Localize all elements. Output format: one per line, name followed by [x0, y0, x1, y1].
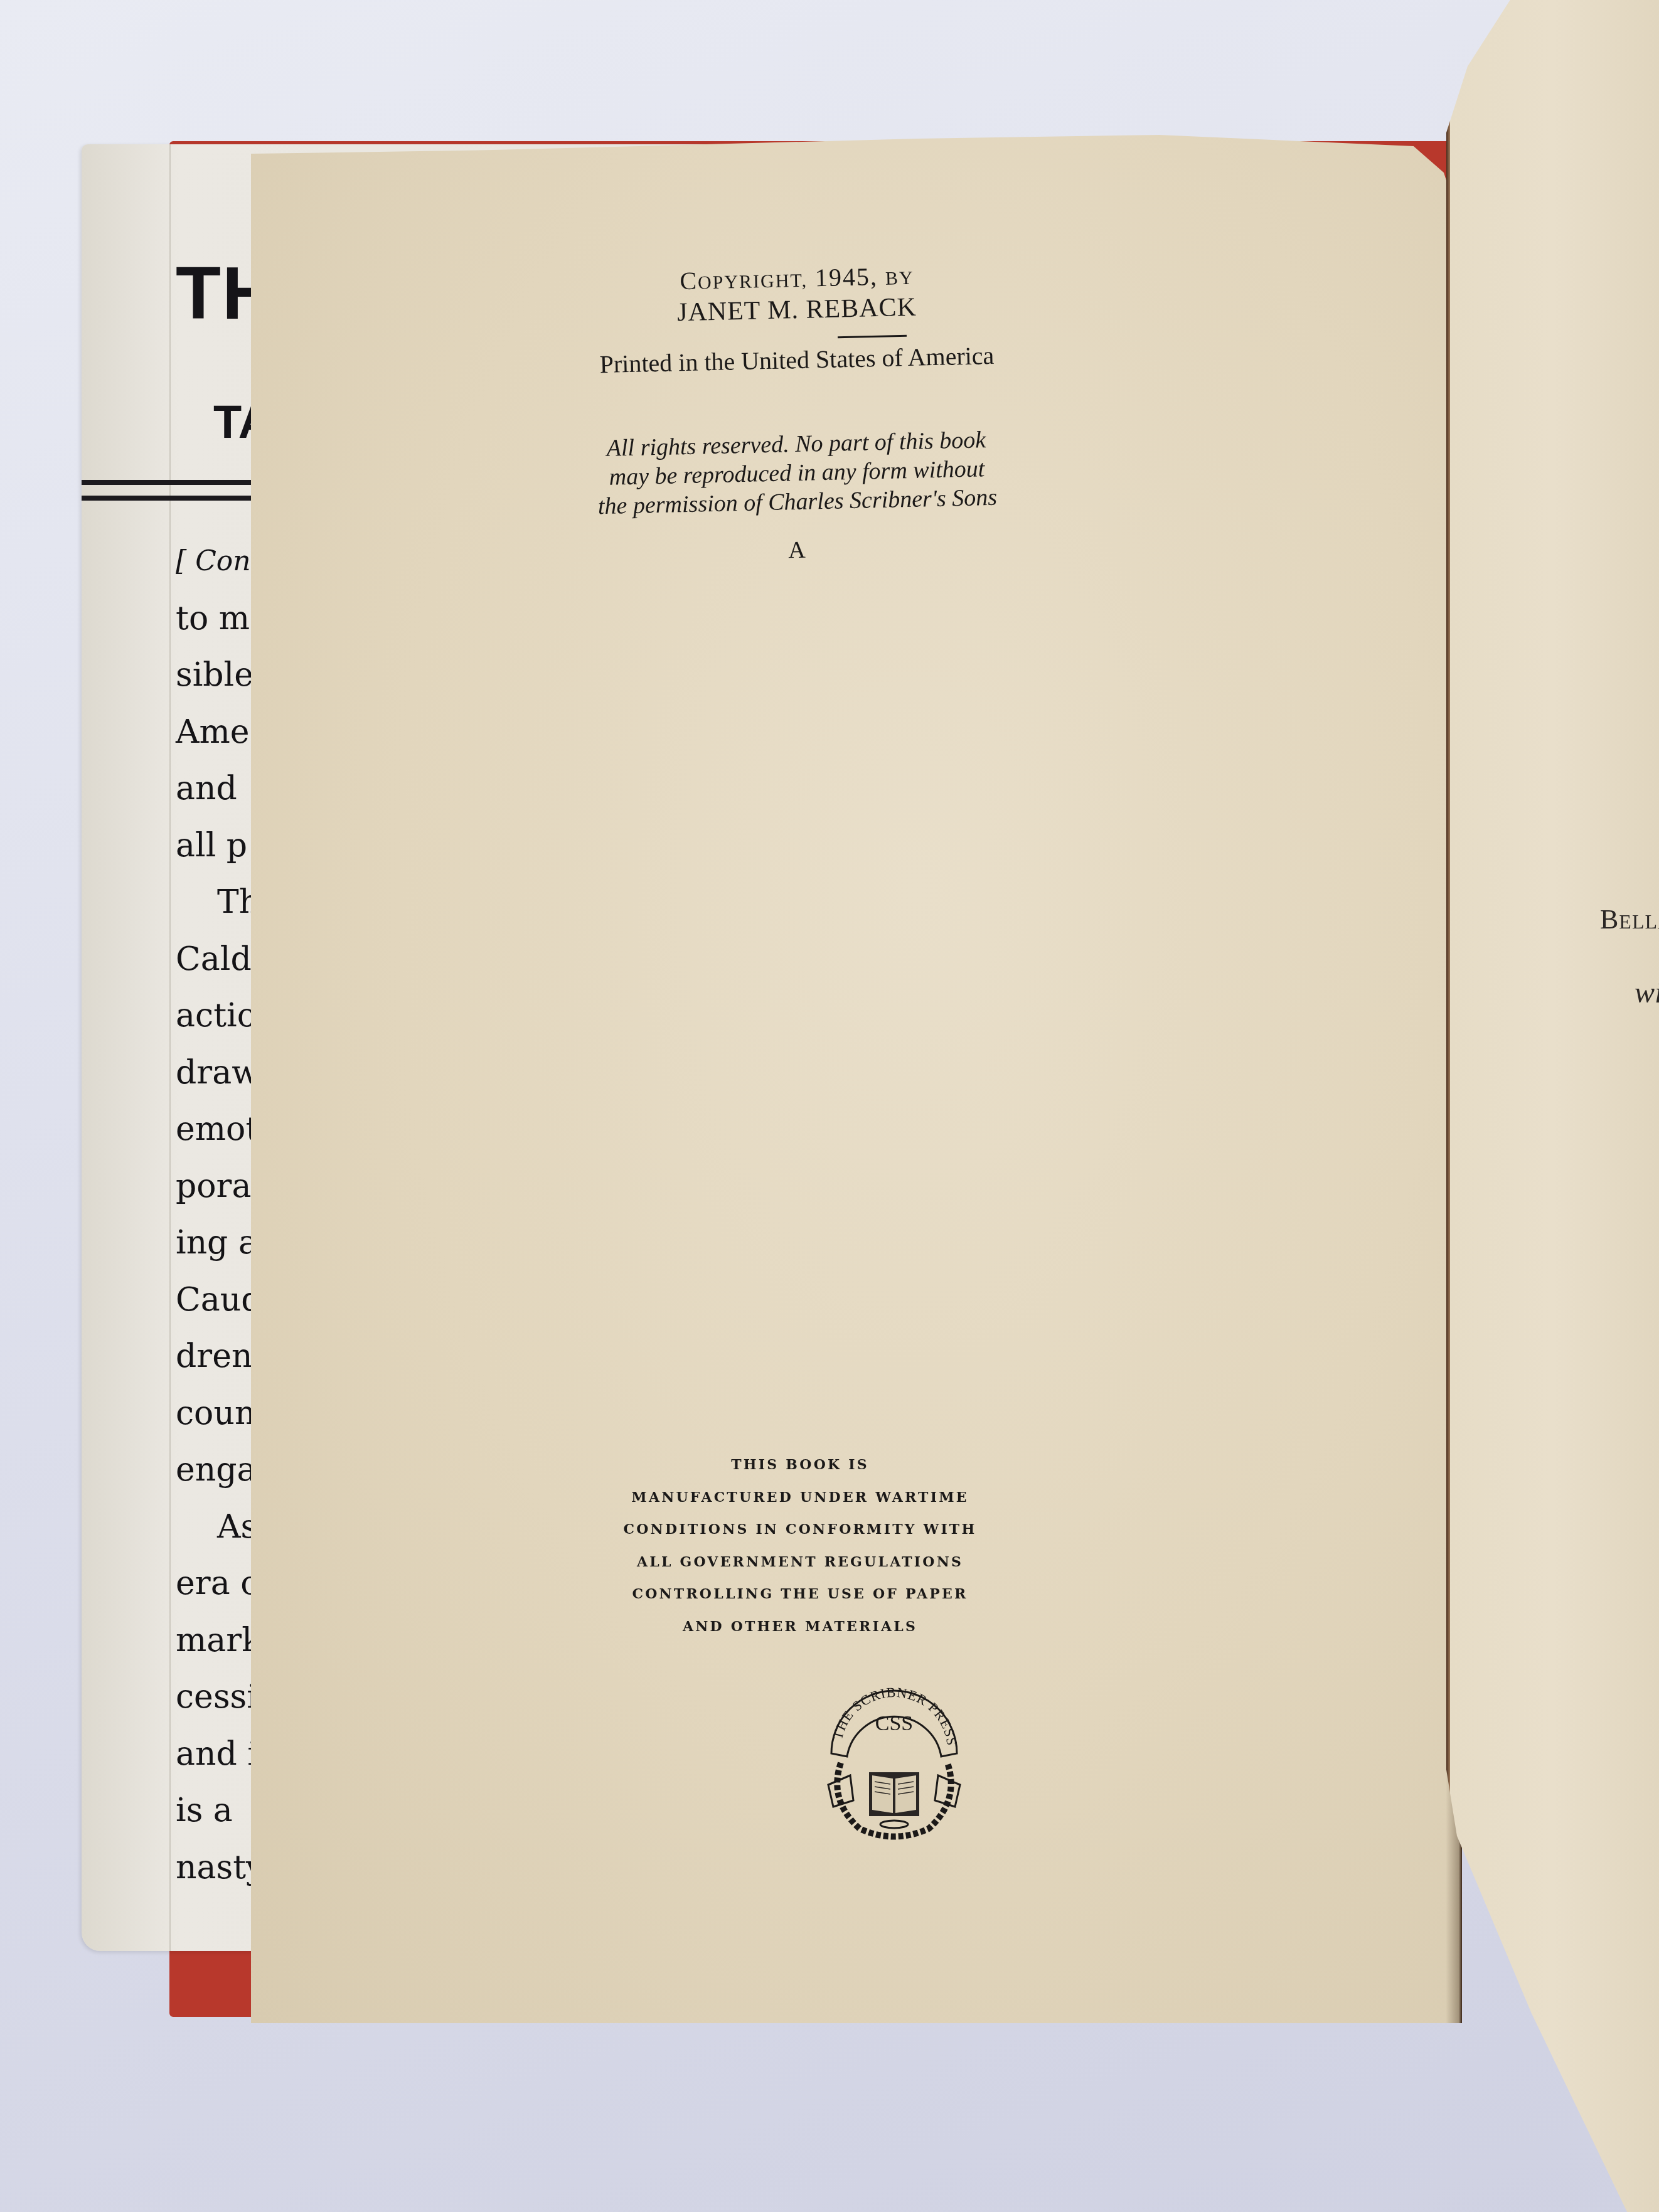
wartime-line: CONDITIONS IN CONFORMITY WITH	[251, 1514, 1349, 1546]
facing-page-italic: wi	[1635, 976, 1659, 1010]
copyright-by: BY	[885, 268, 914, 289]
wartime-notice: THIS BOOK IS MANUFACTURED UNDER WARTIME …	[251, 1449, 1462, 1643]
copyright-year: 1945,	[814, 262, 878, 292]
facing-page: BELLA wi	[1446, 0, 1659, 2212]
facing-word: ELLA	[1619, 910, 1659, 933]
wartime-line: AND OTHER MATERIALS	[251, 1611, 1349, 1644]
copyright-initial: C	[680, 267, 698, 295]
wartime-line: THIS BOOK IS	[251, 1449, 1349, 1482]
printed-in-line: Printed in the United States of America	[191, 331, 1403, 388]
svg-text:CSS: CSS	[875, 1712, 914, 1735]
wartime-line: MANUFACTURED UNDER WARTIME	[251, 1482, 1349, 1514]
wartime-line: ALL GOVERNMENT REGULATIONS	[251, 1546, 1349, 1579]
facing-page-text: BELLA	[1600, 903, 1659, 935]
scribner-press-emblem-icon: THE SCRIBNER PRESS CSS	[816, 1675, 973, 1844]
copyright-divider	[838, 335, 907, 338]
rights-reserved-notice: All rights reserved. No part of this boo…	[191, 416, 1404, 530]
printing-code: A	[191, 523, 1403, 578]
wartime-line: CONTROLLING THE USE OF PAPER	[251, 1578, 1349, 1611]
jacket-fold-line	[169, 144, 171, 1951]
copyright-page: COPYRIGHT, 1945, BY JANET M. REBACK Prin…	[251, 135, 1462, 2023]
facing-initial: B	[1600, 904, 1619, 935]
copyright-word: OPYRIGHT,	[698, 270, 808, 294]
